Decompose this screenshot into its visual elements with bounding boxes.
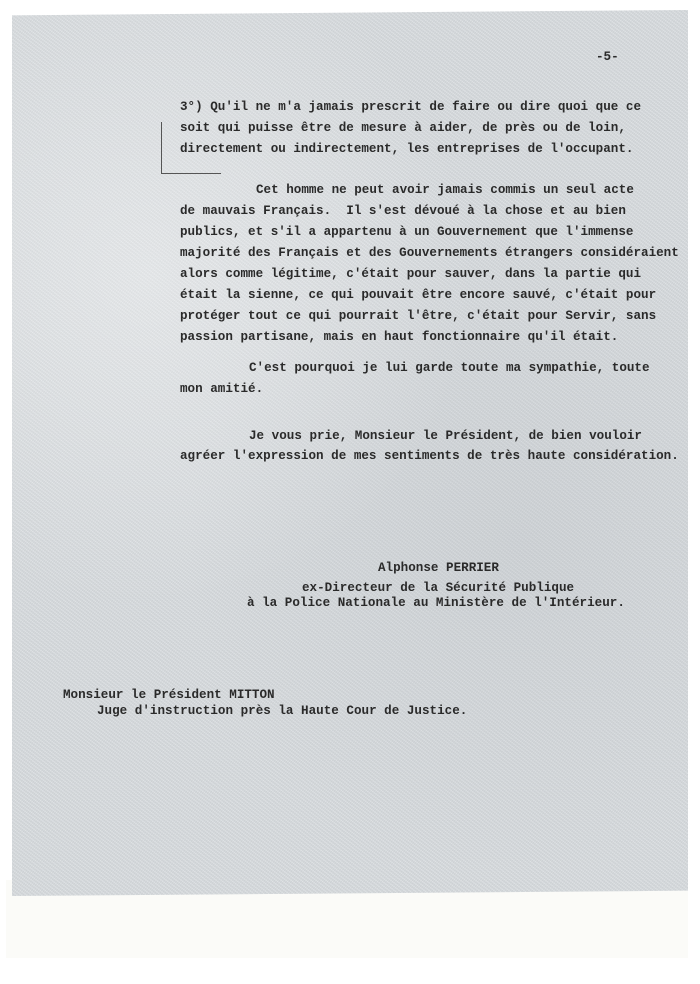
text-line: de mauvais Français. Il s'est dévoué à l… <box>180 204 626 218</box>
margin-bracket-vertical <box>161 122 162 173</box>
text-line: 3°) Qu'il ne m'a jamais prescrit de fair… <box>180 100 641 114</box>
text-line: Je vous prie, Monsieur le Président, de … <box>249 429 642 443</box>
text-line: soit qui puisse être de mesure à aider, … <box>180 121 626 135</box>
margin-bracket-horizontal <box>161 173 221 174</box>
text-line: passion partisane, mais en haut fonction… <box>180 330 618 344</box>
text-line: directement ou indirectement, les entrep… <box>180 142 633 156</box>
page-number: -5- <box>596 50 619 64</box>
text-line: était la sienne, ce qui pouvait être enc… <box>180 288 656 302</box>
text-line: mon amitié. <box>180 382 263 396</box>
signatory-title: ex-Directeur de la Sécurité Publique <box>302 581 574 595</box>
recipient-title: Juge d'instruction près la Haute Cour de… <box>97 704 467 718</box>
text-line: protéger tout ce qui pourrait l'être, c'… <box>180 309 656 323</box>
text-line: agréer l'expression de mes sentiments de… <box>180 449 679 463</box>
signatory-name: Alphonse PERRIER <box>378 561 499 575</box>
recipient-name: Monsieur le Président MITTON <box>63 688 275 702</box>
text-line: Cet homme ne peut avoir jamais commis un… <box>256 183 634 197</box>
text-line: alors comme légitime, c'était pour sauve… <box>180 267 641 281</box>
text-line: majorité des Français et des Gouvernemen… <box>180 246 679 260</box>
signatory-title: à la Police Nationale au Ministère de l'… <box>247 596 625 610</box>
text-line: C'est pourquoi je lui garde toute ma sym… <box>249 361 650 375</box>
text-line: publics, et s'il a appartenu à un Gouver… <box>180 225 633 239</box>
